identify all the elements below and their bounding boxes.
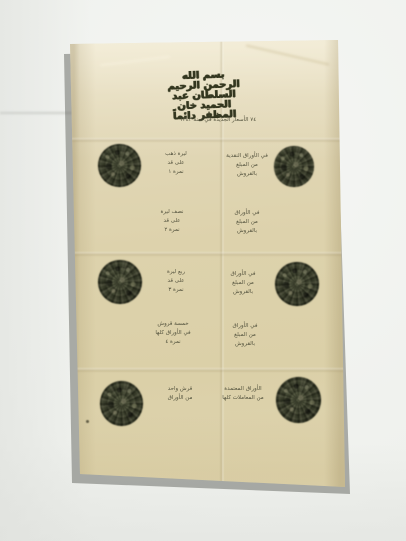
caption-line: بالقروش [215, 170, 279, 179]
caption-line: من الأوراق [150, 394, 210, 403]
caption-line: على قد [142, 217, 202, 226]
paper-wrinkle [246, 44, 329, 65]
caption-line: نصف ليرة [142, 208, 202, 217]
caption-line: نمرة ٣ [146, 286, 206, 295]
caption-line: من المعاملات كلها [211, 394, 275, 403]
caption-line: في الأوراق [215, 322, 275, 331]
seal-caption: في الأوراق من المبلغ بالقروش [215, 322, 275, 349]
caption-line: في الأوراق [213, 270, 273, 279]
seal-stamp [275, 262, 319, 306]
caption-line: الأوراق المعتمدة [211, 385, 275, 394]
caption-line: في الأوراق النقدية [215, 152, 279, 161]
seal-caption: نصف ليرة على قد نمرة ٢ [142, 208, 202, 235]
seal-caption: خمسة قروش في الأوراق كلها نمرة ٤ [143, 320, 203, 347]
seal-caption: في الأوراق من المبلغ بالقروش [216, 209, 278, 236]
caption-line: بالقروش [216, 227, 278, 236]
caption-line: خمسة قروش [143, 320, 203, 329]
caption-line: في الأوراق [216, 209, 278, 218]
caption-line: قرش واحد [150, 385, 210, 394]
horizontal-fold-crease [68, 368, 348, 372]
caption-line: بالقروش [213, 288, 273, 297]
header-subtitle: ٧٤ الأسعار الجديدة في سنة ١٣٤٢ [153, 117, 283, 124]
caption-line: على قد [146, 277, 206, 286]
seal-caption: الأوراق المعتمدة من المعاملات كلها [211, 385, 275, 403]
caption-line: في الأوراق كلها [143, 329, 203, 338]
caption-line: من المبلغ [215, 161, 279, 170]
seal-caption: قرش واحد من الأوراق [150, 385, 210, 403]
caption-line: على قد [146, 159, 206, 168]
caption-line: ربع ليرة [146, 268, 206, 277]
caption-line: ليرة ذهب [146, 150, 206, 159]
caption-line: بالقروش [215, 340, 275, 349]
seal-caption: في الأوراق النقدية من المبلغ بالقروش [215, 152, 279, 179]
caption-line: نمرة ٤ [143, 338, 203, 347]
seal-stamp [274, 146, 314, 187]
seal-stamp [276, 377, 321, 423]
seal-stamp [98, 260, 142, 304]
photograph-of-document: بسم الله الرحمن الرحيم السلطان عبد الحمي… [0, 0, 406, 541]
caption-line: نمرة ١ [146, 168, 206, 177]
seal-caption: ليرة ذهب على قد نمرة ١ [146, 150, 206, 177]
paper-wrinkle [100, 56, 170, 67]
seal-caption: في الأوراق من المبلغ بالقروش [213, 270, 273, 297]
seal-stamp [100, 381, 143, 426]
calligraphic-emblem: بسم الله الرحمن الرحيم السلطان عبد الحمي… [165, 70, 243, 123]
caption-line: من المبلغ [213, 279, 273, 288]
horizontal-fold-crease [68, 252, 348, 256]
ink-dot [86, 420, 89, 423]
seal-stamp [98, 144, 141, 187]
caption-line: من المبلغ [216, 218, 278, 227]
horizontal-fold-crease [68, 138, 348, 142]
caption-line: نمرة ٢ [142, 226, 202, 235]
caption-line: من المبلغ [215, 331, 275, 340]
seal-caption: ربع ليرة على قد نمرة ٣ [146, 268, 206, 295]
